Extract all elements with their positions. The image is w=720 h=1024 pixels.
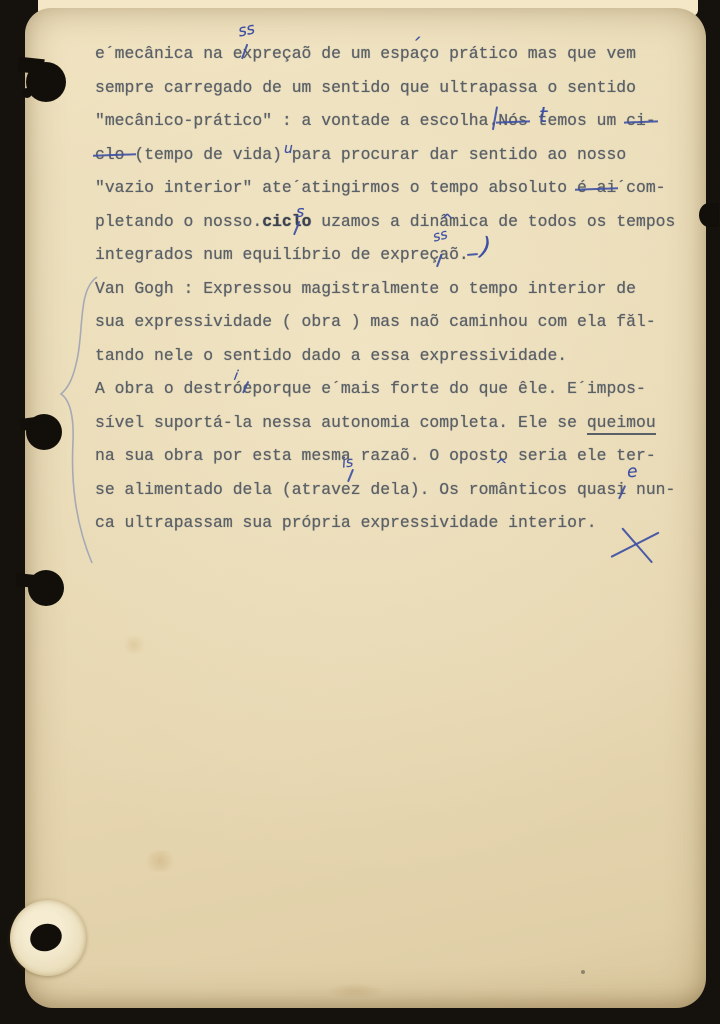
typed-line-9: sua expressividade ( obra ) mas naõ cami… xyxy=(95,312,656,333)
typed-segment-normal: temos um xyxy=(538,111,627,130)
pen-e-over-quasi-line14: e xyxy=(626,462,638,483)
typed-line-8: Van Gogh : Expressou magistralmente o te… xyxy=(95,279,636,300)
foxing-stain xyxy=(143,850,177,872)
typed-segment-normal: Van Gogh : Expressou magistralmente o te… xyxy=(95,279,636,298)
pen-s-over-uzamos-line6: s xyxy=(296,202,304,221)
circumflex-over-romanticos-line14: ^ xyxy=(495,456,508,474)
typed-line-2: sempre carregado de um sentido que ultra… xyxy=(95,78,636,99)
foxing-stain xyxy=(325,983,385,999)
typed-line-3: "mecânico-prático" : a vontade a escolha… xyxy=(95,111,656,132)
typed-segment-underline: queimou xyxy=(587,413,656,435)
typed-line-1: e´mecânica na expreçaõ de um espaço prát… xyxy=(95,44,636,65)
typed-segment-normal: "vazio interior" ate´atingirmos o tempo … xyxy=(95,178,577,197)
typed-segment-normal: sível suportá-la nessa autonomia complet… xyxy=(95,413,587,432)
typed-segment-strike: clo xyxy=(95,145,134,164)
pen-t-over-temos-line3: t xyxy=(539,103,547,127)
scanned-document: e´mecânica na expreçaõ de um espaço prát… xyxy=(0,0,720,1024)
typed-segment-normal: A obra o destróe xyxy=(95,379,252,398)
typed-line-11: A obra o destróeporque e´mais forte do q… xyxy=(95,379,646,400)
typed-line-5: "vazio interior" ate´atingirmos o tempo … xyxy=(95,178,666,199)
typed-segment-normal: e´mecânica na expreçaõ de um espaço prát… xyxy=(95,44,636,63)
accent-over-pratico-line1: ´ xyxy=(410,34,420,58)
typed-segment-normal: "mecânico-prático" : a vontade a escolha… xyxy=(95,111,498,130)
typed-line-12: sível suportá-la nessa autonomia complet… xyxy=(95,413,656,434)
typed-line-10: tando nele o sentido dado a essa express… xyxy=(95,346,567,367)
ink-dot xyxy=(581,970,585,974)
typed-segment-normal: porque e´mais forte do que êle. E´impos- xyxy=(252,379,645,398)
typed-line-14: se alimentado dela (atravez dela). Os ro… xyxy=(95,480,675,501)
pen-u-over-procurar-line4: u xyxy=(284,141,293,157)
typed-line-7: integrados num equilíbrio de expreçaõ. xyxy=(95,245,469,266)
typed-segment-normal: na sua obra por esta mesma razaõ. O opos… xyxy=(95,446,656,465)
typed-segment-normal: integrados num equilíbrio de expreçaõ. xyxy=(95,245,469,264)
typed-segment-normal: se alimentado dela (atravez dela). Os ro… xyxy=(95,480,675,499)
foxing-stain xyxy=(121,636,147,654)
typed-segment-strike: Nós xyxy=(498,111,528,130)
typed-segment-normal: tando nele o sentido dado a essa express… xyxy=(95,346,567,365)
typed-segment-strike: é ai xyxy=(577,178,616,197)
page-edge-notch xyxy=(699,203,719,227)
typed-segment-strike: ci- xyxy=(626,111,656,130)
typed-segment-normal: uzamos a dinâmica de todos os tempos xyxy=(311,212,675,231)
typed-segment-normal: sempre carregado de um sentido que ultra… xyxy=(95,78,636,97)
typed-segment-normal: ca ultrapassam sua própria expressividad… xyxy=(95,513,597,532)
typed-line-6: pletando o nosso.ciclo uzamos a dinâmica… xyxy=(95,212,675,233)
typed-segment-normal: pletando o nosso. xyxy=(95,212,262,231)
typed-segment-normal: ´com- xyxy=(616,178,665,197)
correction-ss-over-exprecao-line1: ss xyxy=(236,18,256,40)
typed-line-13: na sua obra por esta mesma razaõ. O opos… xyxy=(95,446,656,467)
typed-line-4: clo (tempo de vida) para procurar dar se… xyxy=(95,145,626,166)
typed-segment-normal: (tempo de vida) para procurar dar sentid… xyxy=(134,145,626,164)
typed-line-15: ca ultrapassam sua própria expressividad… xyxy=(95,513,597,534)
typed-segment-normal: sua expressividade ( obra ) mas naõ cami… xyxy=(95,312,656,331)
